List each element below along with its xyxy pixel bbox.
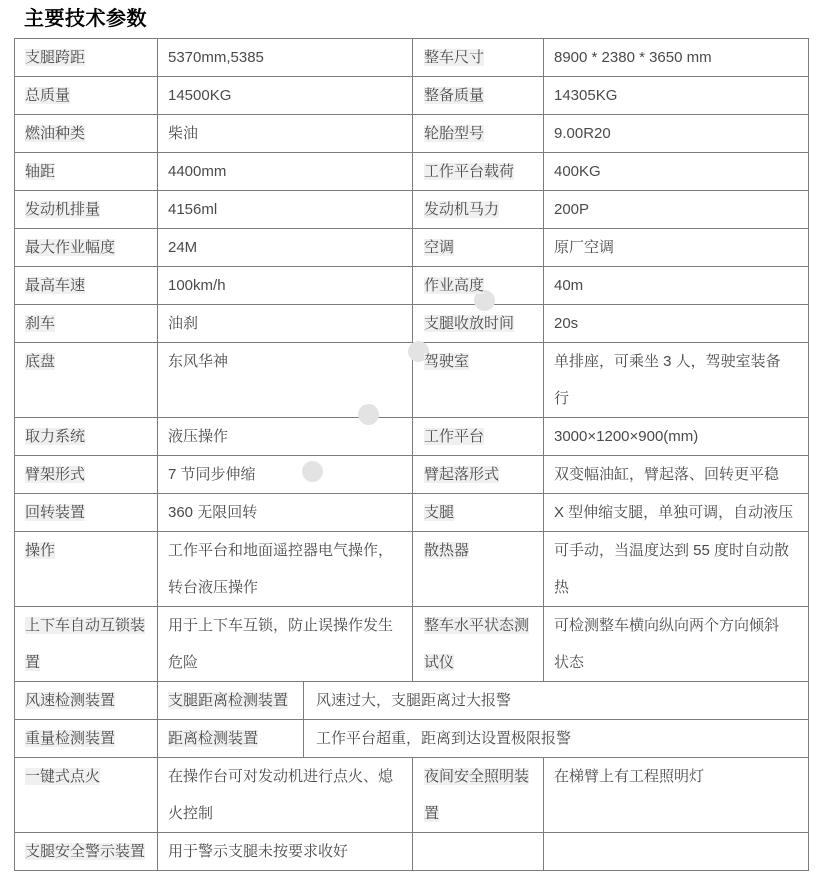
spec-label-text: 风速检测装置: [25, 692, 115, 709]
spec-label-cell: 臂起落形式: [413, 456, 544, 494]
spec-value-text: 柴油: [168, 125, 198, 142]
spec-value-cell: 柴油: [158, 115, 413, 153]
spec-label-cell: 操作: [15, 532, 158, 607]
spec-value-cell: 可手动，当温度达到 55 度时自动散 热: [544, 532, 809, 607]
spec-value-text: 14305KG: [554, 87, 617, 104]
spec-label-text: 操作: [25, 542, 55, 559]
spec-label-text: 回转装置: [25, 504, 85, 521]
spec-value-cell: 4156ml: [158, 191, 413, 229]
spec-value-cell: 100km/h: [158, 267, 413, 305]
spec-value-cell: 在梯臂上有工程照明灯: [544, 758, 809, 833]
spec-value-cell: 用于警示支腿未按要求收好: [158, 833, 413, 871]
spec-label-text: 轴距: [25, 163, 55, 180]
spec-label-text: 总质量: [25, 87, 70, 104]
spec-value-text: 4400mm: [168, 163, 226, 180]
table-row: 上下车自动互锁装 置用于上下车互锁，防止误操作发生 危险整车水平状态测 试仪可检…: [15, 607, 809, 682]
spec-table: 支腿跨距5370mm,5385整车尺寸8900 * 2380 * 3650 mm…: [14, 38, 809, 871]
spec-value-cell: 5370mm,5385: [158, 39, 413, 77]
spec-label-text: 发动机排量: [25, 201, 100, 218]
spec-label-cell: 距离检测装置: [158, 720, 304, 758]
spec-value-cell: 24M: [158, 229, 413, 267]
spec-label-text: 一键式点火: [25, 768, 100, 785]
spec-label-text: 工作平台: [424, 428, 484, 445]
spec-value-cell: 360 无限回转: [158, 494, 413, 532]
page-title: 主要技术参数: [24, 7, 822, 31]
spec-label-cell: 工作平台载荷: [413, 153, 544, 191]
table-row: 最大作业幅度24M空调原厂空调: [15, 229, 809, 267]
spec-label-cell: 重量检测装置: [15, 720, 158, 758]
spec-label-text: 刹车: [25, 315, 55, 332]
spec-label-cell: 一键式点火: [15, 758, 158, 833]
spec-label-text: 最大作业幅度: [25, 239, 115, 256]
spec-label-cell: [413, 833, 544, 871]
spec-value-text: X 型伸缩支腿，单独可调，自动液压: [554, 504, 793, 521]
spec-label-cell: 支腿收放时间: [413, 305, 544, 343]
table-row: 支腿安全警示装置用于警示支腿未按要求收好: [15, 833, 809, 871]
spec-label-text: 空调: [424, 239, 454, 256]
spec-label-text: 支腿跨距: [25, 49, 85, 66]
table-row: 取力系统液压操作工作平台3000×1200×900(mm): [15, 418, 809, 456]
spec-value-cell: 风速过大，支腿距离过大报警: [304, 682, 809, 720]
spec-value-text: 油刹: [168, 315, 198, 332]
spec-label-cell: 整车尺寸: [413, 39, 544, 77]
spec-value-text: 单排座，可乘坐 3 人，驾驶室装备行 驶记录系统: [554, 353, 781, 418]
spec-value-cell: 东风华神: [158, 343, 413, 418]
table-row: 发动机排量4156ml发动机马力200P: [15, 191, 809, 229]
spec-label-cell: 夜间安全照明装 置: [413, 758, 544, 833]
spec-value-cell: 9.00R20: [544, 115, 809, 153]
spec-value-cell: 8900 * 2380 * 3650 mm: [544, 39, 809, 77]
spec-label-text: 轮胎型号: [424, 125, 484, 142]
spec-label-text: 夜间安全照明装 置: [424, 768, 529, 822]
table-row: 轴距4400mm工作平台载荷400KG: [15, 153, 809, 191]
spec-value-cell: 工作平台超重，距离到达设置极限报警: [304, 720, 809, 758]
spec-value-cell: 单排座，可乘坐 3 人，驾驶室装备行 驶记录系统: [544, 343, 809, 418]
spec-label-cell: 发动机排量: [15, 191, 158, 229]
spec-value-cell: 3000×1200×900(mm): [544, 418, 809, 456]
spec-label-cell: 上下车自动互锁装 置: [15, 607, 158, 682]
spec-value-cell: 400KG: [544, 153, 809, 191]
spec-value-text: 5370mm,5385: [168, 49, 264, 66]
spec-value-text: 液压操作: [168, 428, 228, 445]
table-row: 燃油种类柴油轮胎型号9.00R20: [15, 115, 809, 153]
spec-value-text: 双变幅油缸，臂起落、回转更平稳: [554, 466, 779, 483]
spec-value-cell: 4400mm: [158, 153, 413, 191]
spec-value-text: 9.00R20: [554, 125, 611, 142]
spec-value-text: 24M: [168, 239, 197, 256]
spec-value-cell: 双变幅油缸，臂起落、回转更平稳: [544, 456, 809, 494]
spec-value-cell: 可检测整车横向纵向两个方向倾斜 状态: [544, 607, 809, 682]
spec-label-cell: 刹车: [15, 305, 158, 343]
spec-value-text: 8900 * 2380 * 3650 mm: [554, 49, 712, 66]
spec-value-text: 400KG: [554, 163, 601, 180]
spec-label-text: 臂架形式: [25, 466, 85, 483]
spec-label-cell: 底盘: [15, 343, 158, 418]
spec-label-cell: 作业高度: [413, 267, 544, 305]
spec-value-text: 14500KG: [168, 87, 231, 104]
spec-label-text: 最高车速: [25, 277, 85, 294]
spec-value-text: 100km/h: [168, 277, 226, 294]
spec-value-text: 3000×1200×900(mm): [554, 428, 698, 445]
spec-value-text: 工作平台和地面遥控器电气操作， 转台液压操作: [168, 542, 393, 596]
table-row: 刹车油刹支腿收放时间20s: [15, 305, 809, 343]
spec-label-cell: 取力系统: [15, 418, 158, 456]
spec-value-text: 4156ml: [168, 201, 217, 218]
spec-label-text: 重量检测装置: [25, 730, 115, 747]
spec-value-cell: 14305KG: [544, 77, 809, 115]
spec-value-text: 东风华神: [168, 353, 228, 370]
spec-value-cell: 油刹: [158, 305, 413, 343]
table-row: 风速检测装置支腿距离检测装置风速过大，支腿距离过大报警: [15, 682, 809, 720]
spec-value-text: 20s: [554, 315, 578, 332]
spec-label-text: 整车尺寸: [424, 49, 484, 66]
table-row: 支腿跨距5370mm,5385整车尺寸8900 * 2380 * 3650 mm: [15, 39, 809, 77]
table-row: 臂架形式7 节同步伸缩臂起落形式双变幅油缸，臂起落、回转更平稳: [15, 456, 809, 494]
spec-value-text: 风速过大，支腿距离过大报警: [316, 692, 511, 709]
spec-label-cell: 燃油种类: [15, 115, 158, 153]
spec-value-cell: 7 节同步伸缩: [158, 456, 413, 494]
spec-label-cell: 最大作业幅度: [15, 229, 158, 267]
table-row: 一键式点火在操作台可对发动机进行点火、熄 火控制夜间安全照明装 置在梯臂上有工程…: [15, 758, 809, 833]
spec-label-cell: 支腿: [413, 494, 544, 532]
spec-label-cell: 发动机马力: [413, 191, 544, 229]
spec-label-cell: 支腿距离检测装置: [158, 682, 304, 720]
table-row: 底盘东风华神驾驶室单排座，可乘坐 3 人，驾驶室装备行 驶记录系统: [15, 343, 809, 418]
spec-value-text: 工作平台超重，距离到达设置极限报警: [316, 730, 571, 747]
table-row: 操作工作平台和地面遥控器电气操作， 转台液压操作散热器可手动，当温度达到 55 …: [15, 532, 809, 607]
spec-label-text: 支腿安全警示装置: [25, 843, 145, 860]
spec-label-cell: 最高车速: [15, 267, 158, 305]
spec-value-cell: 20s: [544, 305, 809, 343]
spec-label-cell: 轮胎型号: [413, 115, 544, 153]
spec-label-cell: 整备质量: [413, 77, 544, 115]
spec-label-cell: 整车水平状态测 试仪: [413, 607, 544, 682]
spec-value-cell: 原厂空调: [544, 229, 809, 267]
spec-label-text: 工作平台载荷: [424, 163, 514, 180]
spec-value-text: 用于上下车互锁，防止误操作发生 危险: [168, 617, 393, 671]
spec-label-text: 底盘: [25, 353, 55, 370]
spec-label-text: 驾驶室: [424, 353, 469, 370]
spec-label-cell: 驾驶室: [413, 343, 544, 418]
spec-value-text: 在梯臂上有工程照明灯: [554, 768, 704, 785]
spec-value-text: 可手动，当温度达到 55 度时自动散 热: [554, 542, 789, 596]
spec-value-text: 40m: [554, 277, 583, 294]
spec-label-cell: 工作平台: [413, 418, 544, 456]
spec-label-text: 发动机马力: [424, 201, 499, 218]
spec-label-text: 支腿: [424, 504, 454, 521]
spec-label-cell: 回转装置: [15, 494, 158, 532]
spec-value-cell: X 型伸缩支腿，单独可调，自动液压: [544, 494, 809, 532]
spec-value-cell: [544, 833, 809, 871]
spec-value-cell: 14500KG: [158, 77, 413, 115]
spec-label-cell: 散热器: [413, 532, 544, 607]
spec-label-cell: 风速检测装置: [15, 682, 158, 720]
spec-value-cell: 40m: [544, 267, 809, 305]
spec-value-text: 360 无限回转: [168, 504, 257, 521]
table-row: 回转装置360 无限回转支腿X 型伸缩支腿，单独可调，自动液压: [15, 494, 809, 532]
spec-value-cell: 工作平台和地面遥控器电气操作， 转台液压操作: [158, 532, 413, 607]
table-row: 总质量14500KG整备质量14305KG: [15, 77, 809, 115]
spec-label-cell: 支腿跨距: [15, 39, 158, 77]
spec-value-cell: 在操作台可对发动机进行点火、熄 火控制: [158, 758, 413, 833]
spec-label-text: 取力系统: [25, 428, 85, 445]
spec-value-text: 用于警示支腿未按要求收好: [168, 843, 348, 860]
spec-value-cell: 200P: [544, 191, 809, 229]
spec-label-text: 整备质量: [424, 87, 484, 104]
spec-label-cell: 臂架形式: [15, 456, 158, 494]
spec-label-cell: 空调: [413, 229, 544, 267]
spec-label-text: 上下车自动互锁装 置: [25, 617, 145, 671]
spec-value-text: 原厂空调: [554, 239, 614, 256]
spec-value-cell: 用于上下车互锁，防止误操作发生 危险: [158, 607, 413, 682]
spec-label-text: 支腿距离检测装置: [168, 692, 288, 709]
spec-value-text: 可检测整车横向纵向两个方向倾斜 状态: [554, 617, 779, 671]
spec-value-cell: 液压操作: [158, 418, 413, 456]
spec-label-cell: 总质量: [15, 77, 158, 115]
spec-label-text: 燃油种类: [25, 125, 85, 142]
spec-label-text: 臂起落形式: [424, 466, 499, 483]
spec-value-text: 200P: [554, 201, 589, 218]
spec-label-cell: 轴距: [15, 153, 158, 191]
spec-label-text: 作业高度: [424, 277, 484, 294]
table-row: 最高车速100km/h作业高度40m: [15, 267, 809, 305]
spec-value-text: 在操作台可对发动机进行点火、熄 火控制: [168, 768, 393, 822]
spec-label-cell: 支腿安全警示装置: [15, 833, 158, 871]
spec-value-text: 7 节同步伸缩: [168, 466, 256, 483]
spec-label-text: 支腿收放时间: [424, 315, 514, 332]
spec-label-text: 整车水平状态测 试仪: [424, 617, 529, 671]
spec-label-text: 距离检测装置: [168, 730, 258, 747]
spec-label-text: 散热器: [424, 542, 469, 559]
table-row: 重量检测装置距离检测装置工作平台超重，距离到达设置极限报警: [15, 720, 809, 758]
